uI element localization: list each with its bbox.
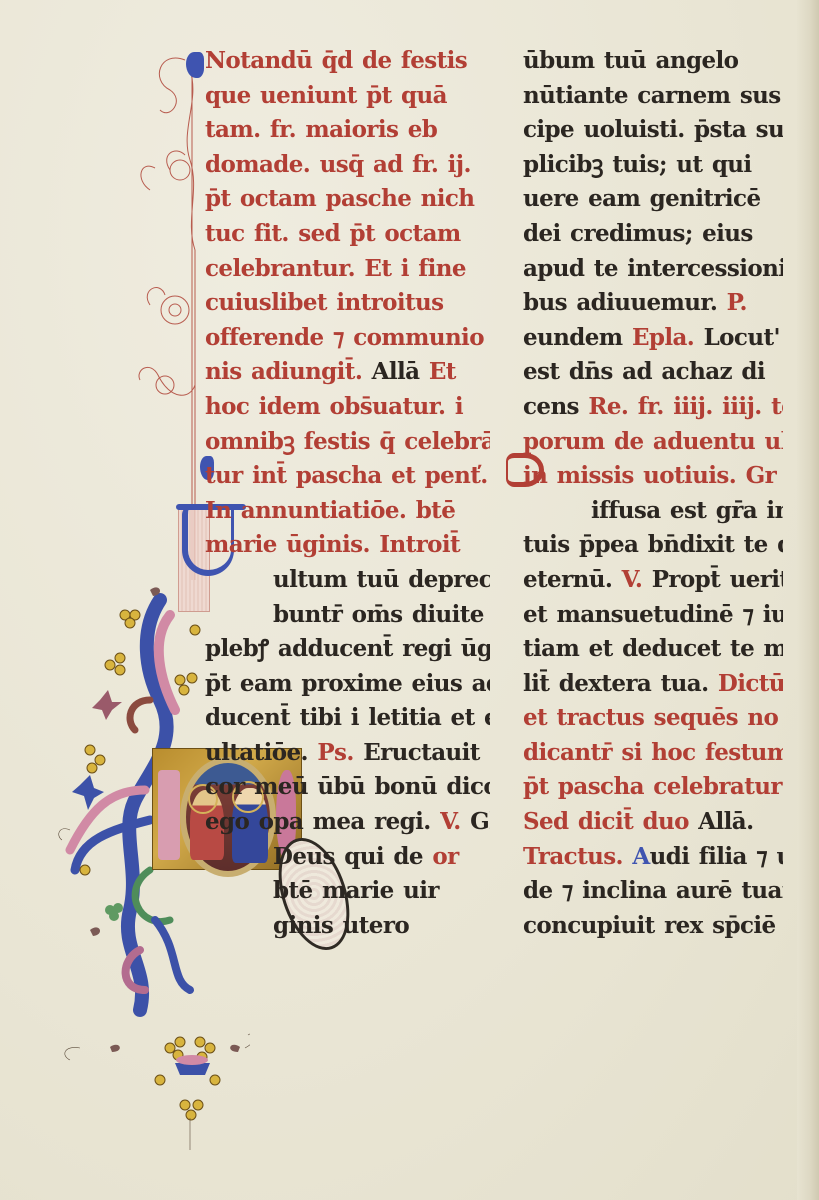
text-segment: Propt̄ ueritatē bbox=[652, 566, 783, 593]
text-segment: et tractus sequēs no bbox=[523, 704, 778, 731]
text-segment: A bbox=[632, 843, 649, 870]
text-segment: uere eam genitricē bbox=[523, 185, 761, 212]
text-line: tam. fr. maioris eb bbox=[205, 113, 490, 148]
left-text-column: Notandū q̄d de festisque ueniunt p̄t quā… bbox=[205, 44, 490, 943]
text-segment: Dictū gr bbox=[718, 670, 783, 697]
text-line: celebrantur. Et i fine bbox=[205, 252, 490, 287]
text-line: hoc idem obs̄uatur. i bbox=[205, 390, 490, 425]
text-segment: ducent̄ tibi i letitia et ex bbox=[205, 704, 490, 731]
text-segment: offerende ⁊ communio bbox=[205, 324, 484, 351]
text-segment: cuiuslibet introitus bbox=[205, 289, 444, 316]
text-segment: Epla. bbox=[632, 324, 704, 351]
text-line: lit̄ dextera tua. Dictū gr bbox=[523, 667, 783, 702]
text-line: plebꝭ adducent̄ regi ūginē bbox=[205, 632, 490, 667]
text-line: cipe uoluisti. p̄sta sup bbox=[523, 113, 783, 148]
text-segment: P. bbox=[727, 289, 747, 316]
text-segment: Ps. bbox=[317, 739, 363, 766]
text-line: ego opa mea regi. V. Glā bbox=[205, 805, 490, 840]
text-line: offerende ⁊ communio bbox=[205, 321, 490, 356]
text-line: domade. usq̄ ad fr. ij. bbox=[205, 148, 490, 183]
text-line: Notandū q̄d de festis bbox=[205, 44, 490, 79]
text-segment: domade. usq̄ ad fr. ij. bbox=[205, 151, 471, 178]
text-segment: ego opa mea regi. bbox=[205, 808, 440, 835]
right-text-column: ūbum tuū angelonūtiante carnem suscipe u… bbox=[523, 44, 783, 943]
text-line: in missis uotiuis. Gr bbox=[523, 459, 783, 494]
text-segment: udi filia ⁊ ui bbox=[650, 843, 783, 870]
text-segment: celebrantur. Et i fine bbox=[205, 255, 466, 282]
text-line: ducent̄ tibi i letitia et ex bbox=[205, 701, 490, 736]
manuscript-page: Notandū q̄d de festisque ueniunt p̄t quā… bbox=[0, 0, 819, 1200]
text-line: omnibꝫ festis q̄ celebrā bbox=[205, 425, 490, 460]
text-line: eundem Epla. Locut' bbox=[523, 321, 783, 356]
text-line: est dn̄s ad achaz di bbox=[523, 355, 783, 390]
text-segment: concupiuit rex sp̄ciē tuā. bbox=[523, 912, 783, 939]
text-line: et tractus sequēs no bbox=[523, 701, 783, 736]
text-segment: nūtiante carnem sus bbox=[523, 82, 781, 109]
text-segment: plebꝭ adducent̄ regi ūginē bbox=[205, 635, 490, 662]
text-segment: ūbum tuū angelo bbox=[523, 47, 738, 74]
text-segment: dicantr̄ si hoc festum bbox=[523, 739, 783, 766]
text-segment: Re. fr. iiij. iiij. te bbox=[588, 393, 783, 420]
text-segment: Sed dicit̄ duo bbox=[523, 808, 698, 835]
text-segment: V. bbox=[440, 808, 470, 835]
text-line: nis adiungit̄. Allā Et bbox=[205, 355, 490, 390]
text-line: Sed dicit̄ duo Allā. bbox=[523, 805, 783, 840]
text-line: p̄t pascha celebratur bbox=[523, 770, 783, 805]
text-line: ultatiōe. Ps. Eructauit bbox=[205, 736, 490, 771]
text-segment: Et bbox=[429, 358, 456, 385]
text-line: Tractus. Audi filia ⁊ ui bbox=[523, 840, 783, 875]
text-segment: Glā bbox=[470, 808, 490, 835]
text-segment: bus adiuuemur. bbox=[523, 289, 727, 316]
text-segment: plicibꝫ tuis; ut qui bbox=[523, 151, 752, 178]
text-segment: ultum tuū depreca bbox=[273, 566, 490, 593]
text-segment: lit̄ dextera tua. bbox=[523, 670, 718, 697]
text-segment: omnibꝫ festis q̄ celebrā bbox=[205, 428, 490, 455]
text-line: tur int̄ pascha et penť. bbox=[205, 459, 490, 494]
text-segment: iffusa est gr̄a in labijs bbox=[591, 497, 783, 524]
text-segment: tiam et deducet te mirabi bbox=[523, 635, 783, 662]
text-line: tuis p̄pea bn̄dixit te d̄s i bbox=[523, 528, 783, 563]
text-segment: Locut' bbox=[704, 324, 780, 351]
text-line: p̄t octam pasche nich bbox=[205, 182, 490, 217]
text-line: iffusa est gr̄a in labijs bbox=[523, 494, 783, 529]
text-segment: et mansuetudinē ⁊ iusti bbox=[523, 601, 783, 628]
text-segment: est dn̄s ad achaz di bbox=[523, 358, 765, 385]
text-segment: Eructauit bbox=[363, 739, 480, 766]
text-line: de ⁊ inclina aurē tuam qr̄ bbox=[523, 874, 783, 909]
text-segment: Allā bbox=[372, 358, 429, 385]
text-line: buntr̄ om̄s diuite bbox=[205, 598, 490, 633]
text-segment: de ⁊ inclina aurē tuam qr̄ bbox=[523, 877, 783, 904]
text-line: tiam et deducet te mirabi bbox=[523, 632, 783, 667]
text-line: et mansuetudinē ⁊ iusti bbox=[523, 598, 783, 633]
text-line: ginis utero bbox=[205, 909, 490, 944]
text-segment: ginis utero bbox=[273, 912, 409, 939]
text-segment: tuis p̄pea bn̄dixit te d̄s i bbox=[523, 531, 783, 558]
text-segment: p̄t octam pasche nich bbox=[205, 185, 474, 212]
text-line: p̄t eam proxime eius ad bbox=[205, 667, 490, 702]
page-edge-shadow bbox=[797, 0, 819, 1200]
text-segment: p̄t pascha celebratur bbox=[523, 773, 782, 800]
text-segment: porum de aduentu ul bbox=[523, 428, 783, 455]
text-segment: eundem bbox=[523, 324, 632, 351]
text-line: cuiuslibet introitus bbox=[205, 286, 490, 321]
text-line: eternū. V. Propt̄ ueritatē bbox=[523, 563, 783, 598]
text-segment: nis adiungit̄. bbox=[205, 358, 372, 385]
text-segment: Tractus. bbox=[523, 843, 632, 870]
text-line: btē marie uir bbox=[205, 874, 490, 909]
text-segment: dei credimus; eius bbox=[523, 220, 753, 247]
text-segment: cipe uoluisti. p̄sta sup bbox=[523, 116, 783, 143]
text-line: tuc fit. sed p̄t octam bbox=[205, 217, 490, 252]
initial-pink-panel-left bbox=[158, 770, 180, 860]
text-segment: V. bbox=[622, 566, 652, 593]
text-line: cor meū ūbū bonū dico bbox=[205, 770, 490, 805]
text-line: marie ūginis. Introit̄ bbox=[205, 528, 490, 563]
text-segment: Notandū q̄d de festis bbox=[205, 47, 467, 74]
text-segment: tam. fr. maioris eb bbox=[205, 116, 437, 143]
text-line: ūbum tuū angelo bbox=[523, 44, 783, 79]
text-segment: apud te intercessioni bbox=[523, 255, 783, 282]
text-segment: cor meū ūbū bonū dico bbox=[205, 773, 490, 800]
text-line: Deus qui de or bbox=[205, 840, 490, 875]
text-line: cens Re. fr. iiij. iiij. te bbox=[523, 390, 783, 425]
text-line: uere eam genitricē bbox=[523, 182, 783, 217]
text-segment: btē marie uir bbox=[273, 877, 439, 904]
text-line: bus adiuuemur. P. bbox=[523, 286, 783, 321]
text-segment: p̄t eam proxime eius ad bbox=[205, 670, 490, 697]
text-line: apud te intercessioni bbox=[523, 252, 783, 287]
text-segment: Allā. bbox=[698, 808, 753, 835]
text-segment: ultatiōe. bbox=[205, 739, 317, 766]
text-line: nūtiante carnem sus bbox=[523, 79, 783, 114]
text-line: porum de aduentu ul bbox=[523, 425, 783, 460]
text-segment: que ueniunt p̄t quā bbox=[205, 82, 447, 109]
text-segment: Deus qui de bbox=[273, 843, 432, 870]
text-segment: in missis uotiuis. Gr bbox=[523, 462, 776, 489]
text-segment: hoc idem obs̄uatur. i bbox=[205, 393, 463, 420]
text-line: que ueniunt p̄t quā bbox=[205, 79, 490, 114]
text-segment: eternū. bbox=[523, 566, 622, 593]
text-line: In annuntiatiōe. btē bbox=[205, 494, 490, 529]
text-segment: cens bbox=[523, 393, 588, 420]
text-segment: marie ūginis. Introit̄ bbox=[205, 531, 460, 558]
text-line: concupiuit rex sp̄ciē tuā. V. bbox=[523, 909, 783, 944]
text-segment: or bbox=[432, 843, 458, 870]
text-segment: In annuntiatiōe. btē bbox=[205, 497, 455, 524]
text-segment: tuc fit. sed p̄t octam bbox=[205, 220, 461, 247]
text-segment: buntr̄ om̄s diuite bbox=[273, 601, 484, 628]
text-line: ultum tuū depreca bbox=[205, 563, 490, 598]
text-line: dicantr̄ si hoc festum bbox=[523, 736, 783, 771]
initial-n-blue bbox=[186, 52, 204, 78]
text-segment: tur int̄ pascha et penť. bbox=[205, 462, 488, 489]
text-line: dei credimus; eius bbox=[523, 217, 783, 252]
text-line: plicibꝫ tuis; ut qui bbox=[523, 148, 783, 183]
